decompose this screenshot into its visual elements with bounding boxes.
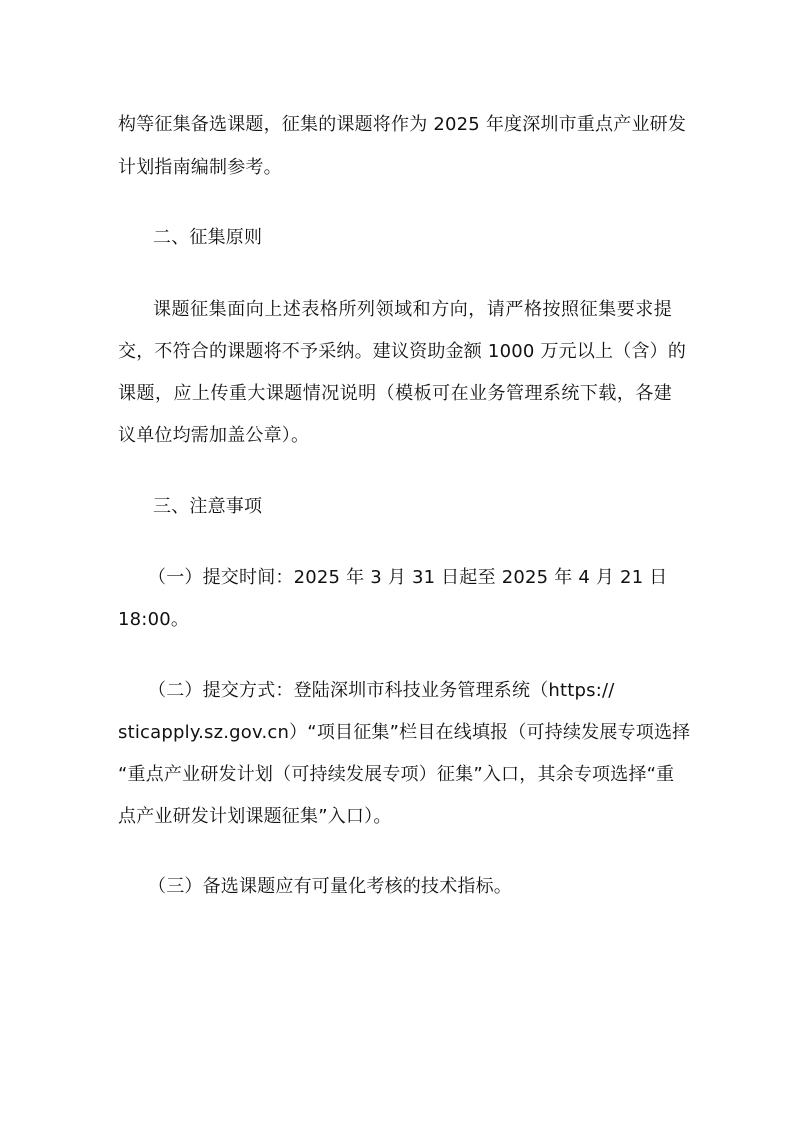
- section-2-heading: 二、征集原则: [153, 225, 262, 251]
- section-2-line-1: 课题征集面向上述表格所列领域和方向，请严格按照征集要求提: [153, 297, 672, 323]
- item-2-line-2: sticapply.sz.gov.cn）“项目征集”栏目在线填报（可持续发展专项…: [118, 720, 672, 746]
- item-2-line-4: 点产业研发计划课题征集”入口）。: [118, 804, 672, 830]
- item-2-line-3: “重点产业研发计划（可持续发展专项）征集”入口，其余专项选择“重: [118, 762, 672, 788]
- document-page: 构等征集备选课题，征集的课题将作为 2025 年度深圳市重点产业研发 计划指南编…: [0, 0, 793, 1122]
- section-2-line-3: 课题，应上传重大课题情况说明（模板可在业务管理系统下载，各建: [118, 381, 672, 407]
- item-1-line-2: 18:00。: [118, 607, 672, 633]
- section-2-line-2: 交，不符合的课题将不予采纳。建议资助金额 1000 万元以上（含）的: [118, 339, 672, 365]
- item-3-line-1: （三）备选课题应有可量化考核的技术指标。: [148, 874, 667, 900]
- item-2-line-1: （二）提交方式：登陆深圳市科技业务管理系统（https://: [148, 678, 667, 704]
- section-2-line-4: 议单位均需加盖公章）。: [118, 423, 672, 449]
- item-1-line-1: （一）提交时间：2025 年 3 月 31 日起至 2025 年 4 月 21 …: [148, 565, 667, 591]
- section-3-heading: 三、注意事项: [153, 494, 262, 520]
- intro-line-2: 计划指南编制参考。: [118, 155, 672, 181]
- intro-line-1: 构等征集备选课题，征集的课题将作为 2025 年度深圳市重点产业研发: [118, 112, 672, 138]
